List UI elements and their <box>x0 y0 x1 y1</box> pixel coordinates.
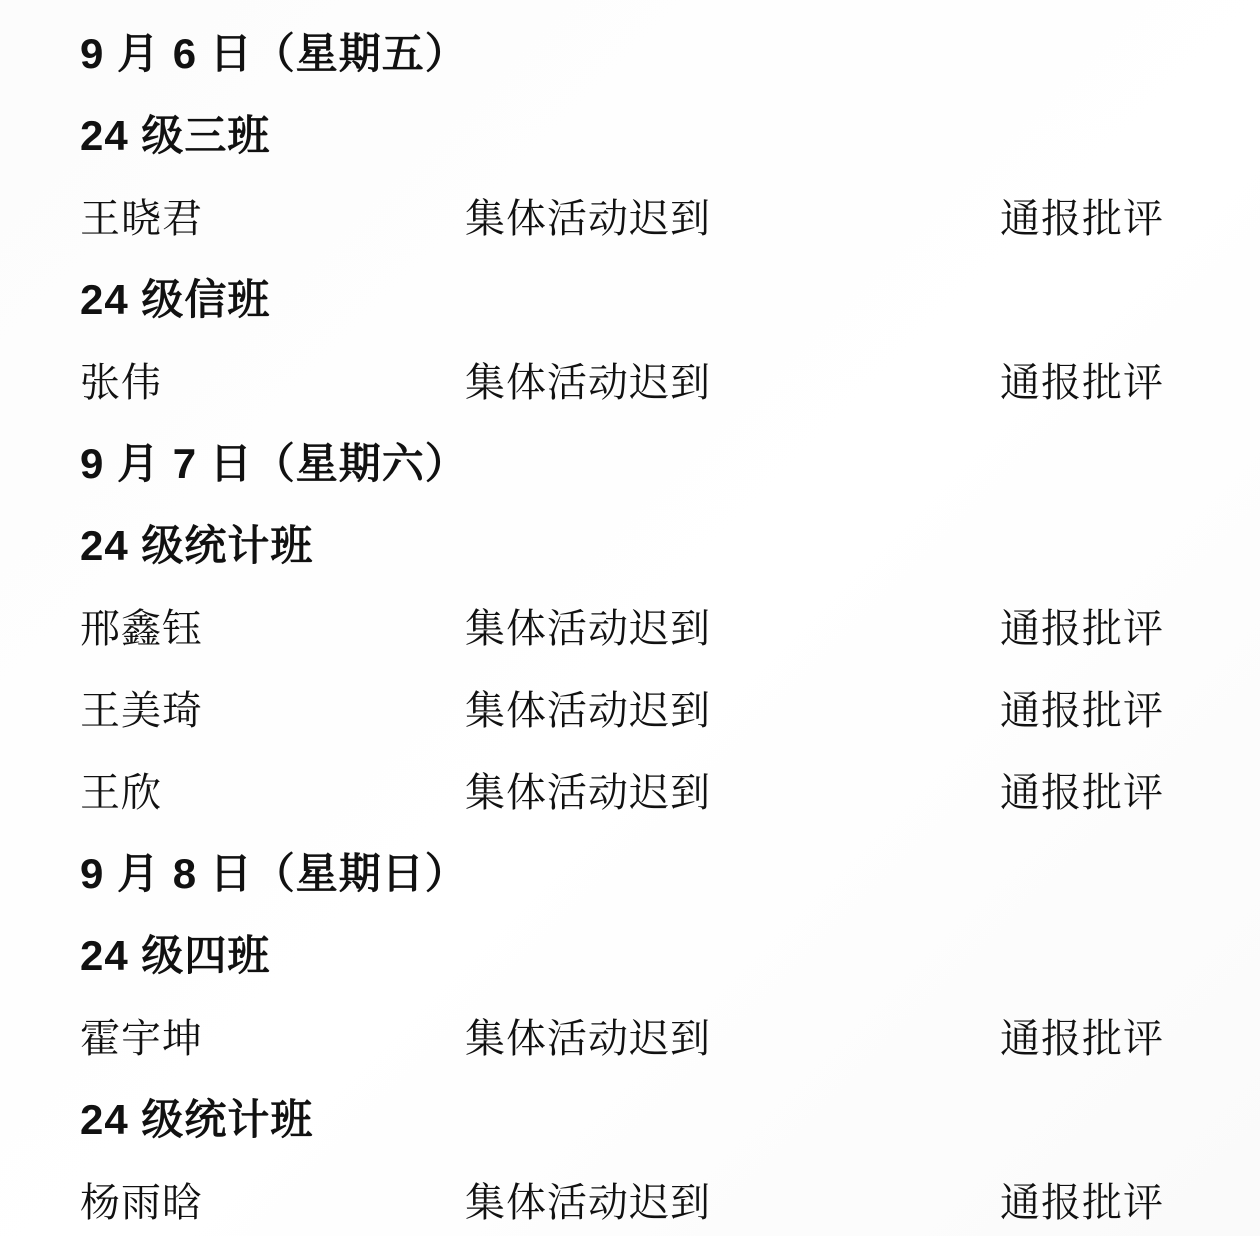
class-heading-text: 24 级三班 <box>80 103 270 163</box>
table-row: 杨雨晗 集体活动迟到 通报批评 <box>80 1158 1200 1236</box>
class-heading-text: 24 级统计班 <box>80 513 313 573</box>
action-text: 通报批评 <box>1000 1171 1200 1228</box>
class-heading-text: 24 级信班 <box>80 267 270 327</box>
table-row: 王美琦 集体活动迟到 通报批评 <box>80 666 1200 748</box>
student-name: 杨雨晗 <box>80 1171 465 1228</box>
violation-text: 集体活动迟到 <box>465 761 1000 818</box>
action-text: 通报批评 <box>1000 679 1200 736</box>
class-heading: 24 级信班 <box>80 256 1200 338</box>
date-heading-text: 9 月 6 日（星期五） <box>80 21 468 81</box>
class-heading: 24 级三班 <box>80 92 1200 174</box>
table-row: 张伟 集体活动迟到 通报批评 <box>80 338 1200 420</box>
class-heading-text: 24 级统计班 <box>80 1087 313 1147</box>
student-name: 霍宇坤 <box>80 1007 465 1064</box>
student-name: 王欣 <box>80 761 465 818</box>
table-row: 王欣 集体活动迟到 通报批评 <box>80 748 1200 830</box>
date-heading: 9 月 8 日（星期日） <box>80 830 1200 912</box>
action-text: 通报批评 <box>1000 597 1200 654</box>
violation-text: 集体活动迟到 <box>465 679 1000 736</box>
student-name: 邢鑫钰 <box>80 597 465 654</box>
violation-text: 集体活动迟到 <box>465 1171 1000 1228</box>
table-row: 邢鑫钰 集体活动迟到 通报批评 <box>80 584 1200 666</box>
action-text: 通报批评 <box>1000 1007 1200 1064</box>
date-heading: 9 月 7 日（星期六） <box>80 420 1200 502</box>
table-row: 王晓君 集体活动迟到 通报批评 <box>80 174 1200 256</box>
violation-text: 集体活动迟到 <box>465 187 1000 244</box>
class-heading: 24 级统计班 <box>80 502 1200 584</box>
student-name: 张伟 <box>80 351 465 408</box>
action-text: 通报批评 <box>1000 187 1200 244</box>
violation-text: 集体活动迟到 <box>465 1007 1000 1064</box>
table-row: 霍宇坤 集体活动迟到 通报批评 <box>80 994 1200 1076</box>
violation-text: 集体活动迟到 <box>465 597 1000 654</box>
class-heading: 24 级四班 <box>80 912 1200 994</box>
discipline-notice-document: 9 月 6 日（星期五） 24 级三班 王晓君 集体活动迟到 通报批评 24 级… <box>0 0 1260 1236</box>
class-heading: 24 级统计班 <box>80 1076 1200 1158</box>
student-name: 王美琦 <box>80 679 465 736</box>
violation-text: 集体活动迟到 <box>465 351 1000 408</box>
action-text: 通报批评 <box>1000 351 1200 408</box>
date-heading-text: 9 月 7 日（星期六） <box>80 431 468 491</box>
date-heading: 9 月 6 日（星期五） <box>80 10 1200 92</box>
class-heading-text: 24 级四班 <box>80 923 270 983</box>
action-text: 通报批评 <box>1000 761 1200 818</box>
date-heading-text: 9 月 8 日（星期日） <box>80 841 468 901</box>
student-name: 王晓君 <box>80 187 465 244</box>
